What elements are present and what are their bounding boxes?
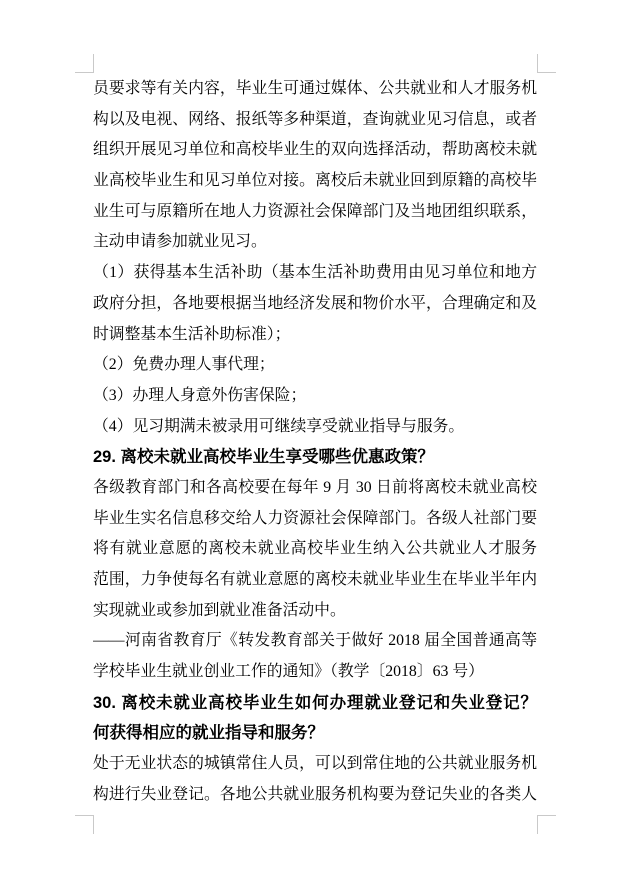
citation-line: ——河南省教育厅《转发教育部关于做好 2018 届全国普通高等	[93, 626, 537, 657]
text-line: （1）获得基本生活补助（基本生活补助费用由见习单位和地方	[93, 258, 537, 289]
text-line: 员要求等有关内容，毕业生可通过媒体、公共就业和人才服务机	[93, 74, 537, 105]
text-line: 构进行失业登记。各地公共就业服务机构要为登记失业的各类人	[93, 780, 537, 811]
heading-question-29: 29. 离校未就业高校毕业生享受哪些优惠政策？	[93, 442, 537, 473]
text-line: 毕业生实名信息移交给人力资源社会保障部门。各级人社部门要	[93, 504, 537, 535]
text-line: 主动申请参加就业见习。	[93, 227, 537, 258]
paragraph-answer-30: 处于无业状态的城镇常住人员，可以到常住地的公共就业服务机 构进行失业登记。各地公…	[93, 749, 537, 810]
margin-crop-mark-bottom-left	[75, 815, 94, 834]
document-page: 员要求等有关内容，毕业生可通过媒体、公共就业和人才服务机 构以及电视、网络、报纸…	[0, 0, 633, 893]
text-line: （3）办理人身意外伤害保险；	[93, 381, 537, 412]
text-line: （2）免费办理人事代理；	[93, 350, 537, 381]
heading-line: 30. 离校未就业高校毕业生如何办理就业登记和失业登记？ 如	[93, 688, 537, 719]
paragraph-employment-trainee-info: 员要求等有关内容，毕业生可通过媒体、公共就业和人才服务机 构以及电视、网络、报纸…	[93, 74, 537, 258]
margin-crop-mark-top-right	[537, 54, 556, 73]
heading-line: 29. 离校未就业高校毕业生享受哪些优惠政策？	[93, 442, 537, 473]
text-line: 各级教育部门和各高校要在每年 9 月 30 日前将离校未就业高校	[93, 473, 537, 504]
text-line: 构以及电视、网络、报纸等多种渠道，查询就业见习信息，或者	[93, 105, 537, 136]
text-line: 组织开展见习单位和高校毕业生的双向选择活动，帮助离校未就	[93, 135, 537, 166]
list-item-3-accident-insurance: （3）办理人身意外伤害保险；	[93, 381, 537, 412]
heading-line: 何获得相应的就业指导和服务？	[93, 718, 537, 749]
text-line: 政府分担，各地要根据当地经济发展和物价水平，合理确定和及	[93, 289, 537, 320]
list-item-2-free-personnel-agency: （2）免费办理人事代理；	[93, 350, 537, 381]
document-body: 员要求等有关内容，毕业生可通过媒体、公共就业和人才服务机 构以及电视、网络、报纸…	[93, 74, 537, 811]
paragraph-answer-29: 各级教育部门和各高校要在每年 9 月 30 日前将离校未就业高校 毕业生实名信息…	[93, 473, 537, 626]
text-line: 范围，力争使每名有就业意愿的离校未就业毕业生在毕业半年内	[93, 565, 537, 596]
citation-source-document: ——河南省教育厅《转发教育部关于做好 2018 届全国普通高等 学校毕业生就业创…	[93, 626, 537, 687]
margin-crop-mark-bottom-right	[537, 815, 556, 834]
margin-crop-mark-top-left	[75, 54, 94, 73]
citation-line: 学校毕业生就业创业工作的通知》（教学〔2018〕63 号）	[93, 657, 537, 688]
text-line: 实现就业或参加到就业准备活动中。	[93, 596, 537, 627]
text-line: 业高校毕业生和见习单位对接。离校后未就业回到原籍的高校毕	[93, 166, 537, 197]
list-item-1-basic-living-subsidy: （1）获得基本生活补助（基本生活补助费用由见习单位和地方 政府分担，各地要根据当…	[93, 258, 537, 350]
text-line: 时调整基本生活补助标准）；	[93, 320, 537, 351]
list-item-4-continued-guidance: （4）见习期满未被录用可继续享受就业指导与服务。	[93, 412, 537, 443]
text-line: 业生可与原籍所在地人力资源社会保障部门及当地团组织联系，	[93, 197, 537, 228]
text-line: 将有就业意愿的离校未就业高校毕业生纳入公共就业人才服务	[93, 534, 537, 565]
text-line: 处于无业状态的城镇常住人员，可以到常住地的公共就业服务机	[93, 749, 537, 780]
heading-question-30: 30. 离校未就业高校毕业生如何办理就业登记和失业登记？ 如 何获得相应的就业指…	[93, 688, 537, 749]
text-line: （4）见习期满未被录用可继续享受就业指导与服务。	[93, 412, 537, 443]
